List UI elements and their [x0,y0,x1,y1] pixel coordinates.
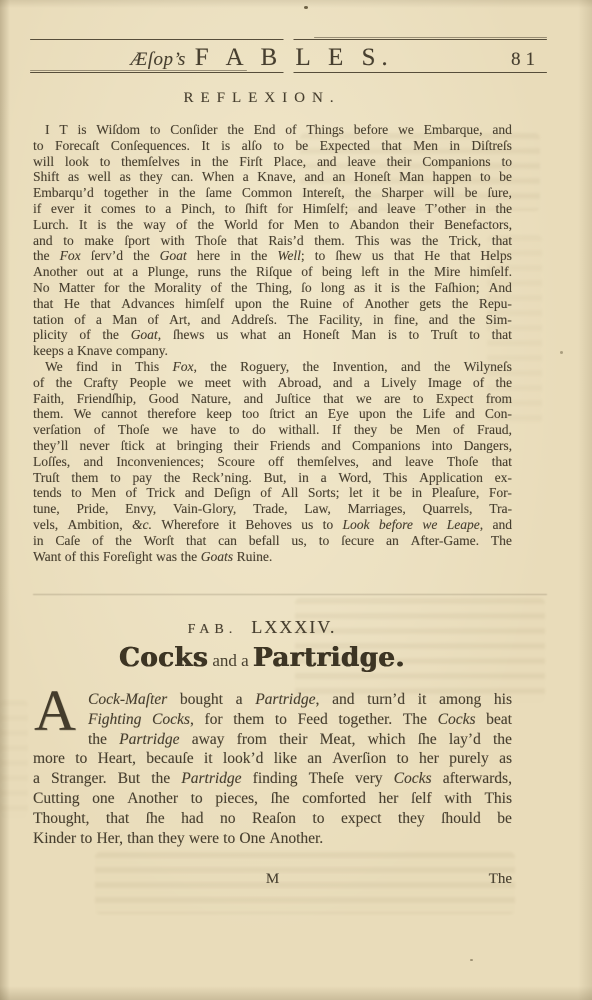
word: Fox, [173,359,197,375]
word: of [210,280,221,296]
word: the [409,280,426,296]
word: Faith, [33,391,64,407]
word: be [389,485,402,501]
word: plicity [33,327,68,343]
word: If [332,422,341,438]
text-line: oftheCraftyPeoplewemeetwithAbroad,andaLi… [33,375,512,391]
word: is [77,122,86,138]
word: Fighting [88,710,141,730]
word: alſo [242,138,262,154]
word: ſtick [121,438,145,454]
word: as [499,749,512,769]
text-line: tune,Pride,Envy,Vain-Glory,Trade,Law,Mar… [33,501,512,517]
word: themſelves, [297,454,359,470]
word: Conſequences. [111,138,190,154]
word: the [129,280,146,296]
word: After-Game. [411,533,479,549]
word: they [158,829,185,849]
header-rule-top [30,38,547,41]
word: purely [449,749,489,769]
word: Embarqu’d [33,185,94,201]
word: to [480,169,491,185]
word: to [275,710,287,730]
word: is [388,327,397,343]
word: it [84,201,92,217]
word: a [364,375,370,391]
word: Trick [146,485,175,501]
word: Stranger. [51,769,107,789]
word: to [75,749,87,769]
word: can [218,533,237,549]
word: it [374,280,382,296]
text-line: moretoHeart,becauſeitlook’dlikeanAverſio… [33,749,512,769]
word: ſo [301,280,312,296]
fable-title-roman-text: and a [208,651,253,670]
word: Well; [277,248,304,264]
word: Addreſs. [231,312,277,328]
word: them. [33,406,63,422]
word: ſhould [441,809,481,829]
word: to [315,248,326,264]
word: Ruine [300,296,332,312]
text-line: theFoxſerv’dtheGoathereintheWell;toſhewu… [33,248,512,264]
word: ſerv’d [91,248,123,264]
word: to [150,122,161,138]
word: We [74,406,92,422]
word: here [197,248,220,264]
word: together [104,185,148,201]
word: that [90,296,110,312]
word: Mire [434,264,460,280]
text-line: Lurch.ItisthewayoftheWorldforMentoAbando… [33,217,512,233]
word: of [126,485,137,501]
word: Goat [160,248,187,264]
word: Trick, [449,233,481,249]
word: they [354,422,377,438]
word: Cocks [394,769,432,789]
word: finding [253,769,298,789]
word: Con- [485,406,512,422]
word: that [381,138,401,154]
word: it [418,690,427,710]
word: Kinder [33,829,76,849]
word: keep [206,406,231,422]
word: that [492,327,512,343]
fab-label: FAB. [188,622,238,637]
word: an [333,169,346,185]
word: in [111,359,122,375]
word: themſelves [121,154,179,170]
word: Roguery, [240,359,289,375]
word: the [434,359,451,375]
word: the [181,549,198,565]
word: ex- [495,470,512,486]
word: leave [347,154,375,170]
text-line: inCaſeoftheWorſtthatcanbefallus,toſecure… [33,533,512,549]
word: the [231,280,248,296]
fable-paragraph: Cock-MaſterboughtaPartridge,andturn’dita… [33,690,512,848]
word: are [384,391,400,407]
word: the [151,769,170,789]
word: that [394,248,414,264]
word: Quarrels, [423,501,473,517]
word: of [79,327,90,343]
word: Life [423,406,446,422]
word: a [33,769,40,789]
word: upon [235,296,262,312]
word: Knave, [257,169,296,185]
word: Intereſt, [302,185,344,201]
word: do [252,422,266,438]
word: is [97,217,106,233]
word: and [33,233,53,249]
word: Law, [304,501,331,517]
word: that [450,248,470,264]
word: and [321,438,341,454]
word: Honeſt [303,327,340,343]
word: in [373,312,384,328]
word: Truſt [33,470,60,486]
word: will [433,185,454,201]
word: off [268,454,284,470]
word: ſtrict [269,406,295,422]
word: well [88,169,111,185]
word: Honeſt [354,169,391,185]
word: away [192,730,225,750]
word: for [268,217,284,233]
text-line: thePartridgeawayfromtheirMeat,whichſhela… [33,730,512,750]
word: the [459,312,476,328]
word: that [106,809,129,829]
word: that [33,296,53,312]
word: they’ll [33,438,68,454]
text-line: thatHethatAdvanceshimſelfupontheRuineofA… [33,296,512,312]
word: was [390,233,411,249]
word: a [67,343,73,359]
word: to [397,749,409,769]
text-line: ifeveritcomestoaPinch,toſhiftforHimſelf;… [33,201,512,217]
word: the [33,248,50,264]
word: and [332,690,354,710]
word: what [240,327,266,343]
word: to [229,422,240,438]
word: This [484,789,512,809]
word: more [33,749,65,769]
word: they [398,809,425,829]
word: among [439,690,481,710]
word: of [94,422,105,438]
book-title-italic: Æſop’s [130,49,185,71]
rule-line [30,39,547,40]
word: Rais’d [268,233,303,249]
word: the [164,470,181,486]
word: Embarque, [424,122,483,138]
word: himſelf. [470,264,512,280]
word: ſhift [245,201,268,217]
word: Worſt [144,533,174,549]
word: to [191,789,203,809]
word: Man [351,327,376,343]
word: that [186,533,206,549]
word: He [64,296,80,312]
word: a [236,690,243,710]
word: This [383,470,407,486]
word: and [317,154,337,170]
header-rule-bottom [30,71,547,74]
word: being [322,264,352,280]
word: for [204,710,222,730]
word: it [204,749,213,769]
word: T [59,122,67,138]
word: the [251,248,268,264]
word: them. [314,233,344,249]
word: &c. [132,517,152,533]
word: ſhew [335,248,361,264]
word: Cock-Maſter [88,690,167,710]
word: Eye [328,406,349,422]
word: turn’d [367,690,405,710]
word: as [120,169,131,185]
word: for [104,280,120,296]
word: Cocks [438,710,476,730]
text-line: verſationofThoſewehavetodowithall.Ifthey… [33,422,512,438]
word: Things [306,122,344,138]
word: from [237,730,267,750]
word: with [242,375,266,391]
text-line: Loſſes,andInconveniences;Scoureoffthemſe… [33,454,512,470]
word: Feed [298,710,328,730]
word: and [455,406,475,422]
word: Facility, [319,312,363,328]
word: in [191,154,202,170]
word: Men [415,422,440,438]
word: a [165,201,171,217]
word: to [71,485,82,501]
word: ſame [205,185,231,201]
word: Deſign [214,485,251,501]
word: the [422,233,439,249]
word: a [132,264,138,280]
word: Faſhion; [435,280,480,296]
word: ever [51,201,74,217]
word: Men [91,485,116,501]
word: to [110,470,121,486]
word: one [92,789,114,809]
word: them [233,710,264,730]
book-title-caps: F A B L E S. [195,44,394,72]
word: of [473,375,484,391]
word: the [496,375,513,391]
word: Loſſes, [33,454,70,470]
word: can. [171,169,193,185]
word: and [244,391,264,407]
word: and [185,485,205,501]
word: Another [127,789,178,809]
word: Matter [59,280,95,296]
text-line: them.WecannotthereforekeeptooſtrictanEye… [33,406,512,422]
word: Abroad, [278,375,322,391]
word: ſhe [418,730,437,750]
word: which [368,730,406,750]
text-line: Embarqu’dtogetherintheſameCommonIntereſt… [33,185,512,201]
word: an [386,533,399,549]
word: the [408,264,425,280]
word: Men [413,138,438,154]
word: Caſe [55,533,80,549]
word: in [298,470,309,486]
word: the [179,185,196,201]
word: of [453,422,464,438]
text-line: WantofthisForeſightwastheGoatsRuine. [33,549,512,565]
word: the [56,375,73,391]
word: But [118,769,140,789]
word: All [281,485,298,501]
word: an [305,406,318,422]
word: Friends [270,438,311,454]
word: be [465,185,478,201]
word: Pleaſure, [432,485,480,501]
word: This [355,233,379,249]
word: to [33,138,44,154]
fab-number: LXXXIV. [251,617,336,637]
word: that [237,233,257,249]
word: and [492,517,512,533]
word: Image [428,375,462,391]
word: the [452,296,469,312]
book-page: Æſop’s F A B L E S. 81 REFLEXION. ITisWi… [0,0,592,1000]
word: be [295,138,308,154]
word: Wilyneſs [464,359,512,375]
word: and [201,312,221,328]
word: be [499,169,512,185]
word: Marriages, [348,501,406,517]
word: Theſe [309,769,344,789]
word: Plunge, [147,264,188,280]
word: Leape, [447,517,483,533]
word: to [323,517,334,533]
word: of [260,485,271,501]
word: Man [112,312,137,328]
word: have [191,422,216,438]
word: happen [432,169,471,185]
word: their [279,730,307,750]
word: Helps [480,248,512,264]
word: Advances [121,296,174,312]
word: Wiſdom [96,122,140,138]
word: Ambition, [68,517,123,533]
word: Vain-Glory, [173,501,236,517]
word: therefore [147,406,196,422]
word: pieces, [215,789,258,809]
word: into [431,438,452,454]
word: Sharper [381,185,423,201]
text-line: AnotheroutataPlunge,runstheRiſqueofbeing… [33,264,512,280]
word: Abandon [349,217,399,233]
word: the [355,185,372,201]
word: T’other [425,201,465,217]
word: But, [264,470,287,486]
word: a [243,169,249,185]
word: find [76,359,98,375]
word: we [356,391,372,407]
word: too [242,406,259,422]
word: Lurch. [33,217,69,233]
word: Look [343,517,370,533]
word: the [496,201,513,217]
word: Tra- [489,501,512,517]
text-line: TruſtthemtopaytheReck’ning.But,inaWord,T… [33,470,512,486]
word: of [342,296,353,312]
word: Dangers, [464,438,512,454]
word: we [162,422,178,438]
word: to [145,201,156,217]
word: Another. [269,829,323,849]
word: company. [116,343,168,359]
word: an [278,327,291,343]
text-line: willlooktothemſelvesintheFirſtPlace,andl… [33,154,512,170]
word: and [429,312,449,328]
word: Thoſe [195,233,227,249]
word: withall. [278,422,319,438]
signature-mark: M [33,871,512,888]
text-line: toForecaſtConſequences.ItisalſotobeExpec… [33,138,512,154]
word: comforted [302,789,366,809]
word: End [254,122,276,138]
word: with [161,233,185,249]
word: it [228,517,236,533]
word: The [403,710,427,730]
word: of [285,122,296,138]
word: in [475,201,486,217]
word: We [45,359,63,375]
fable-title-blackletter-word: Partridge. [253,643,405,673]
word: Friendſhip, [77,391,137,407]
word: becauſe [146,749,193,769]
word: is [391,280,400,296]
word: Himſelf; [302,201,348,217]
word: Thing, [256,280,292,296]
word: bought [180,690,223,710]
word: left [361,264,379,280]
word: Scoure [217,454,255,470]
word: It [201,138,209,154]
word: and [358,201,378,217]
word: Inconveniences; [116,454,204,470]
word: the [210,359,227,375]
word: Goat, [131,327,161,343]
word: and [401,359,421,375]
word: Pinch, [181,201,215,217]
word: if [33,201,41,217]
text-line: Shiftaswellastheycan.WhenaKnave,andanHon… [33,169,512,185]
word: to [273,138,284,154]
word: and [83,454,103,470]
word: a [96,312,102,328]
reflexion-paragraph-2: WefindinThisFox,theRoguery,theInvention,… [33,359,512,564]
word: us [216,327,228,343]
word: to [312,809,324,829]
page-footer: M The [33,871,512,889]
fable-number-heading: FAB. LXXXIV. [0,617,524,638]
word: Diſtreſs [471,138,512,154]
word: as [68,169,79,185]
word: Shift [33,169,59,185]
word: us [372,248,384,264]
word: Benefactors, [444,217,512,233]
word: Fraud, [477,422,512,438]
word: ſport [124,233,150,249]
word: that [492,454,512,470]
